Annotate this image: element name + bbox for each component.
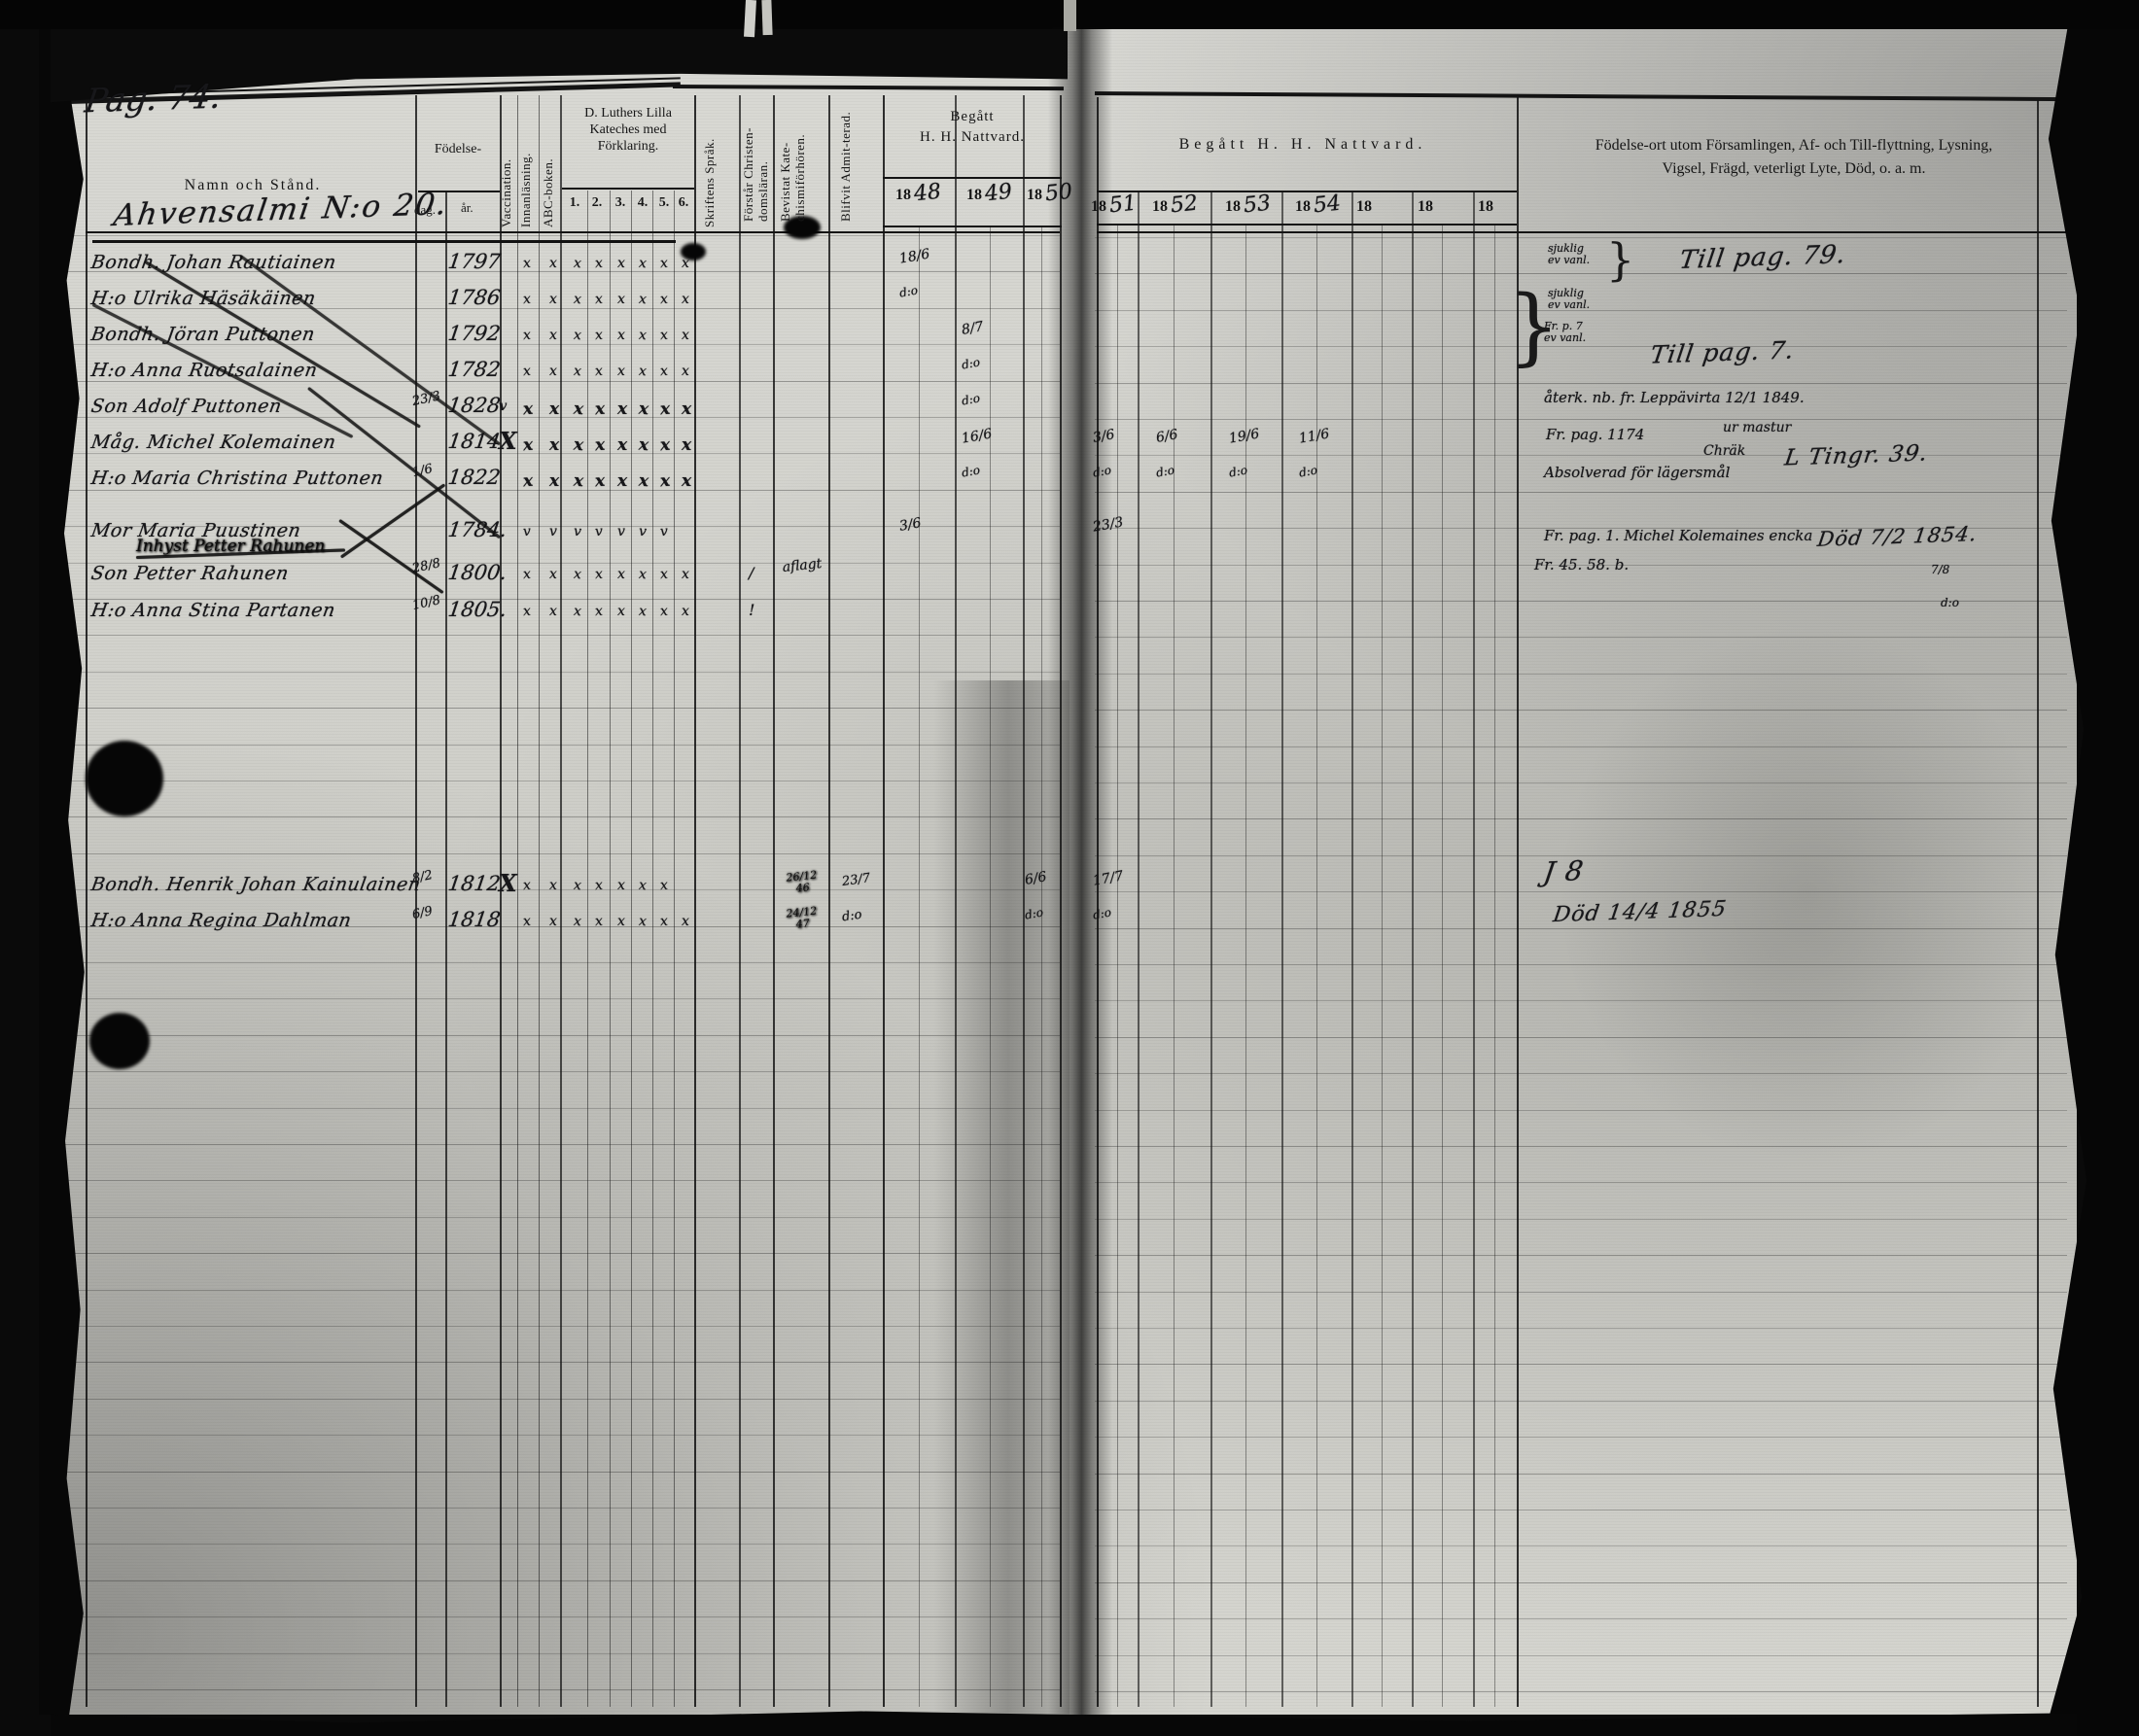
year-label-printed: 18: [966, 187, 982, 204]
year-label-printed: 18: [1027, 187, 1042, 204]
lesson-mark: v: [638, 524, 647, 540]
lesson-mark: x: [638, 471, 649, 492]
title-underline: [92, 240, 676, 243]
person-name: H:o Maria Christina Puttonen: [89, 468, 385, 489]
column-header-admitted: Blifvit Admit-terad.: [838, 101, 871, 222]
catechism-col-number: 4.: [634, 195, 651, 211]
catechism-col-number: 5.: [655, 195, 673, 211]
catechism-col-number: 2.: [588, 195, 606, 211]
rule-line: [1095, 1401, 2067, 1402]
lesson-mark: v: [617, 524, 625, 539]
lesson-mark: x: [522, 567, 531, 583]
lesson-mark: x: [594, 435, 606, 456]
lesson-mark: x: [659, 435, 671, 456]
lesson-mark: x: [594, 471, 606, 492]
rule-line: [58, 1435, 1060, 1436]
year-label-written: 54: [1313, 191, 1342, 219]
year-label-written: 49: [984, 180, 1013, 207]
year-label-printed: 18: [895, 187, 911, 204]
rule-line: [58, 1399, 1060, 1400]
year-label-written: 52: [1170, 191, 1199, 219]
lesson-mark: x: [617, 364, 625, 379]
column-header-catechism: D. Luthers Lilla Kateches med Förklaring…: [562, 105, 694, 155]
annotation: Chräk: [1703, 443, 1745, 459]
annotation: }: [1606, 233, 1634, 286]
lesson-mark: x: [573, 604, 581, 620]
person-name: H:o Anna Stina Partanen: [89, 600, 336, 621]
column-header-vaccination: Vaccination.: [499, 101, 513, 227]
lesson-mark: x: [549, 435, 559, 455]
header-rule: [1095, 91, 2067, 101]
rule-line: [58, 1035, 1060, 1036]
lesson-mark: x: [638, 914, 647, 930]
fold-tab: [1064, 0, 1076, 31]
lesson-mark: x: [522, 292, 531, 308]
lesson-mark: x: [682, 471, 691, 491]
rule-line: [1095, 1219, 2067, 1220]
lesson-mark: x: [638, 604, 647, 620]
year-label-printed: 18: [1152, 198, 1168, 216]
attended-entry: aflagt: [778, 557, 827, 573]
ink-blot: [681, 243, 706, 260]
lesson-mark: x: [617, 256, 625, 271]
rule-line: [1095, 237, 2067, 238]
year-label-printed: 18: [1478, 198, 1493, 216]
lesson-mark: x: [549, 567, 557, 582]
lesson-mark: x: [682, 292, 689, 307]
communion-header-right: Begått H. H. Nattvard.: [1118, 136, 1488, 154]
birth-year-value: 1822: [446, 466, 502, 489]
annotation: Fr. 45. 58. b.: [1534, 556, 1629, 573]
lesson-mark: x: [594, 399, 606, 420]
annotation: Absolverad för lägersmål: [1544, 464, 1730, 481]
lesson-mark: x: [659, 914, 668, 930]
annotation: Till pag. 7.: [1649, 335, 1797, 368]
rule-line: [1095, 637, 2067, 638]
rule-line: [58, 1108, 1060, 1109]
rule-line: [1095, 1182, 2067, 1183]
lesson-mark: x: [594, 256, 603, 272]
understands-mark: !: [749, 601, 754, 619]
lesson-mark: x: [573, 256, 581, 272]
lesson-mark: x: [549, 471, 559, 491]
lesson-mark: x: [682, 914, 689, 929]
lesson-mark: x: [522, 256, 531, 272]
rule-line: [1095, 1618, 2067, 1619]
header-rule: [883, 177, 1062, 179]
rule-line: [58, 1362, 1060, 1363]
annotation: d:o: [1941, 597, 1959, 608]
lesson-mark: x: [594, 567, 603, 583]
lesson-mark: x: [638, 292, 647, 308]
lesson-mark: x: [573, 364, 581, 380]
year-label-written: 48: [913, 180, 942, 207]
lesson-mark: x: [522, 914, 531, 930]
annotation: sjuklig ev vanl.: [1548, 243, 1590, 266]
lesson-mark: x: [659, 567, 668, 583]
scanned-parish-register: 1.2.3.4.5.6.1848184918501851185218531854…: [0, 0, 2139, 1736]
year-label-printed: 18: [1225, 198, 1241, 216]
lesson-mark: x: [638, 364, 647, 380]
birth-year-value: 1800.: [446, 561, 508, 584]
lesson-mark: x: [638, 567, 647, 583]
lesson-mark: x: [573, 292, 581, 308]
year-label-printed: 18: [1418, 198, 1433, 216]
person-name: Måg. Michel Kolemainen: [89, 432, 337, 453]
rule-line: [1095, 1582, 2067, 1583]
ink-blot: [86, 741, 163, 816]
header-rule: [1097, 231, 2067, 233]
rule-line: [1095, 1545, 2067, 1546]
annotation: Fr. pag. 1174: [1546, 426, 1644, 443]
lesson-mark: x: [659, 604, 668, 620]
rule-line: [58, 1290, 1060, 1291]
catechism-col-number: 3.: [612, 195, 629, 211]
rule-line: [1095, 1292, 2067, 1293]
rule-line: [58, 1144, 1060, 1145]
lesson-mark: x: [522, 399, 534, 420]
rule-line: [1095, 1474, 2067, 1475]
person-name: H:o Anna Regina Dahlman: [89, 910, 353, 931]
lesson-mark: x: [617, 471, 627, 491]
lesson-mark: x: [573, 328, 581, 344]
rule-line: [1095, 1328, 2067, 1329]
header-rule: [562, 188, 694, 190]
birth-year-value: 1818: [446, 908, 502, 931]
lesson-mark: x: [682, 399, 691, 419]
column-header-birth-year: år.: [461, 200, 473, 216]
birth-year-value: 1786: [446, 286, 502, 309]
rule-line: [1095, 1510, 2067, 1510]
lesson-mark: x: [617, 328, 625, 343]
person-name: Bondh. Johan Rautiainen: [89, 252, 337, 273]
rule-line: [58, 1544, 1060, 1545]
annotation: Fr. pag. 1. Michel Kolemaines encka: [1544, 527, 1812, 544]
lesson-mark: x: [659, 878, 668, 894]
lesson-mark: x: [549, 604, 557, 619]
lesson-mark: x: [659, 471, 671, 492]
annotation: }: [1507, 288, 1560, 365]
rule-line: [1095, 1437, 2067, 1438]
lesson-mark: x: [638, 435, 649, 456]
lesson-mark: x: [638, 328, 647, 344]
lesson-mark: x: [573, 471, 584, 492]
lesson-mark: x: [659, 292, 668, 308]
rule-line: [58, 708, 1060, 709]
lesson-mark: x: [594, 604, 603, 620]
lesson-mark: x: [594, 914, 603, 930]
lesson-mark: x: [522, 364, 531, 380]
rule-line: [58, 635, 1060, 636]
year-label-written: 51: [1108, 191, 1138, 219]
fold-tab: [744, 0, 756, 37]
register-content: 1.2.3.4.5.6.1848184918501851185218531854…: [0, 0, 2139, 1736]
annotation: L Tingr. 39.: [1783, 440, 1930, 470]
lesson-mark: x: [659, 328, 668, 344]
annotation: Till pag. 79.: [1677, 240, 1847, 275]
lesson-mark: x: [659, 399, 671, 420]
rule-line: [58, 1580, 1060, 1581]
annotation: 7/8: [1931, 564, 1949, 575]
lesson-mark: x: [522, 435, 534, 456]
header-rule: [1097, 224, 1517, 226]
lesson-mark: x: [617, 435, 627, 455]
lesson-mark: x: [573, 435, 584, 456]
rule-line: [58, 816, 1060, 817]
catechism-col-number: 6.: [675, 195, 692, 211]
rule-line: [58, 1326, 1060, 1327]
person-name: Son Adolf Puttonen: [89, 396, 283, 417]
communion-header-left: Begått H. H. Nattvard.: [890, 107, 1055, 148]
rule-line: [58, 781, 1060, 781]
lesson-mark: x: [549, 256, 557, 271]
lesson-mark: v: [659, 524, 668, 540]
lesson-mark: x: [682, 604, 689, 619]
year-label-written: 53: [1243, 191, 1272, 219]
understands-mark: /: [749, 564, 754, 582]
lesson-mark: x: [594, 878, 603, 894]
rule-line: [1095, 1364, 2067, 1365]
lesson-mark: x: [549, 399, 559, 419]
header-rule: [883, 226, 1062, 227]
rule-line: [1095, 1691, 2067, 1692]
annotation: återk. nb. fr. Leppävirta 12/1 1849.: [1544, 389, 1805, 406]
rule-line: [58, 1071, 1060, 1072]
year-label-printed: 18: [1295, 198, 1311, 216]
lesson-mark: x: [573, 567, 581, 583]
lesson-mark: x: [617, 399, 627, 419]
rule-line: [58, 1180, 1060, 1181]
column-header-abc-book: ABC-boken.: [541, 101, 555, 227]
column-header-reading: Innanläsning.: [518, 101, 533, 227]
birth-year-value: 1782: [446, 358, 502, 381]
vaccination-mark: X: [499, 427, 517, 455]
rule-line: [1095, 1255, 2067, 1256]
birth-year-value: 1812: [446, 872, 502, 895]
column-header-birth: Födelse-: [416, 142, 500, 157]
rule-line: [58, 1616, 1060, 1617]
rule-line: [58, 1217, 1060, 1218]
lesson-mark: x: [549, 914, 557, 929]
rule-line: [58, 1653, 1060, 1654]
column-header-birth-day: dag.: [414, 202, 436, 218]
person-name: Son Petter Rahunen: [89, 563, 290, 584]
lesson-mark: x: [522, 328, 531, 344]
fold-tab: [761, 0, 772, 35]
column-header-scripture: Skriftens Språk.: [702, 101, 735, 227]
lesson-mark: x: [522, 471, 534, 492]
lesson-mark: x: [549, 364, 557, 379]
lesson-mark: x: [594, 328, 603, 344]
lesson-mark: x: [638, 878, 647, 894]
lesson-mark: x: [617, 914, 625, 929]
lesson-mark: x: [617, 567, 625, 582]
rule-line: [58, 1253, 1060, 1254]
lesson-mark: x: [617, 878, 625, 893]
lesson-mark: v: [573, 524, 581, 540]
lesson-mark: x: [522, 878, 531, 894]
ink-blot: [89, 1013, 150, 1069]
rule-line: [1095, 1655, 2067, 1656]
lesson-mark: x: [549, 878, 557, 893]
lesson-mark: x: [682, 435, 691, 455]
lesson-mark: x: [594, 292, 603, 308]
rule-line: [58, 1689, 1060, 1690]
birth-year-value: 1797: [446, 250, 502, 273]
catechism-col-number: 1.: [566, 195, 583, 211]
header-rule: [86, 231, 1060, 233]
vaccination-mark: v: [499, 399, 507, 414]
lesson-mark: x: [638, 399, 649, 420]
vaccination-mark: X: [499, 869, 517, 897]
lesson-mark: x: [573, 399, 584, 420]
rule-line: [58, 1472, 1060, 1473]
rule-line: [1095, 1146, 2067, 1147]
rule-line: [58, 1508, 1060, 1509]
header-rule: [673, 85, 1064, 90]
lesson-mark: x: [549, 292, 557, 307]
annotation: Inhyst Petter Rahunen: [136, 537, 325, 556]
lesson-mark: x: [594, 364, 603, 380]
lesson-mark: x: [682, 567, 689, 582]
lesson-mark: v: [594, 524, 603, 540]
page-number-label: Pag. 74.: [83, 78, 225, 122]
column-header-understands: Förstår Christen-domsläran.: [741, 101, 772, 222]
rule-line: [58, 672, 1060, 673]
lesson-mark: v: [522, 524, 531, 540]
lesson-mark: v: [549, 524, 557, 539]
lesson-mark: x: [617, 292, 625, 307]
column-header-attended: Bevistat Kate-chismiförhören.: [778, 101, 817, 222]
rule-line: [58, 998, 1060, 999]
rule-line: [58, 853, 1060, 854]
lesson-mark: x: [573, 914, 581, 930]
lesson-mark: x: [682, 328, 689, 343]
birth-year-value: 1792: [446, 322, 502, 345]
year-label-printed: 18: [1356, 198, 1372, 216]
admitted-entry: d:o: [841, 908, 862, 925]
rule-line: [58, 962, 1060, 963]
lesson-mark: x: [617, 604, 625, 619]
scan-smudge: [1556, 622, 2061, 1166]
lesson-mark: x: [659, 256, 668, 272]
lesson-mark: x: [638, 256, 647, 272]
gutter-soft-shadow: [933, 680, 1069, 1715]
lesson-mark: x: [659, 364, 668, 380]
birth-year-value: 1805.: [446, 598, 508, 621]
rule-line: [58, 235, 1060, 236]
remarks-header: Födelse-ort utom Församlingen, Af- och T…: [1531, 134, 2056, 181]
header-rule: [1097, 191, 1517, 192]
lesson-mark: x: [573, 878, 581, 894]
person-name: Bondh. Henrik Johan Kainulainen: [89, 874, 422, 895]
column-header-name: Namn och Stånd.: [126, 177, 379, 194]
lesson-mark: x: [522, 604, 531, 620]
annotation: ur mastur: [1723, 420, 1791, 435]
lesson-mark: x: [549, 328, 557, 343]
lesson-mark: x: [682, 364, 689, 379]
rule-line: [58, 745, 1060, 746]
